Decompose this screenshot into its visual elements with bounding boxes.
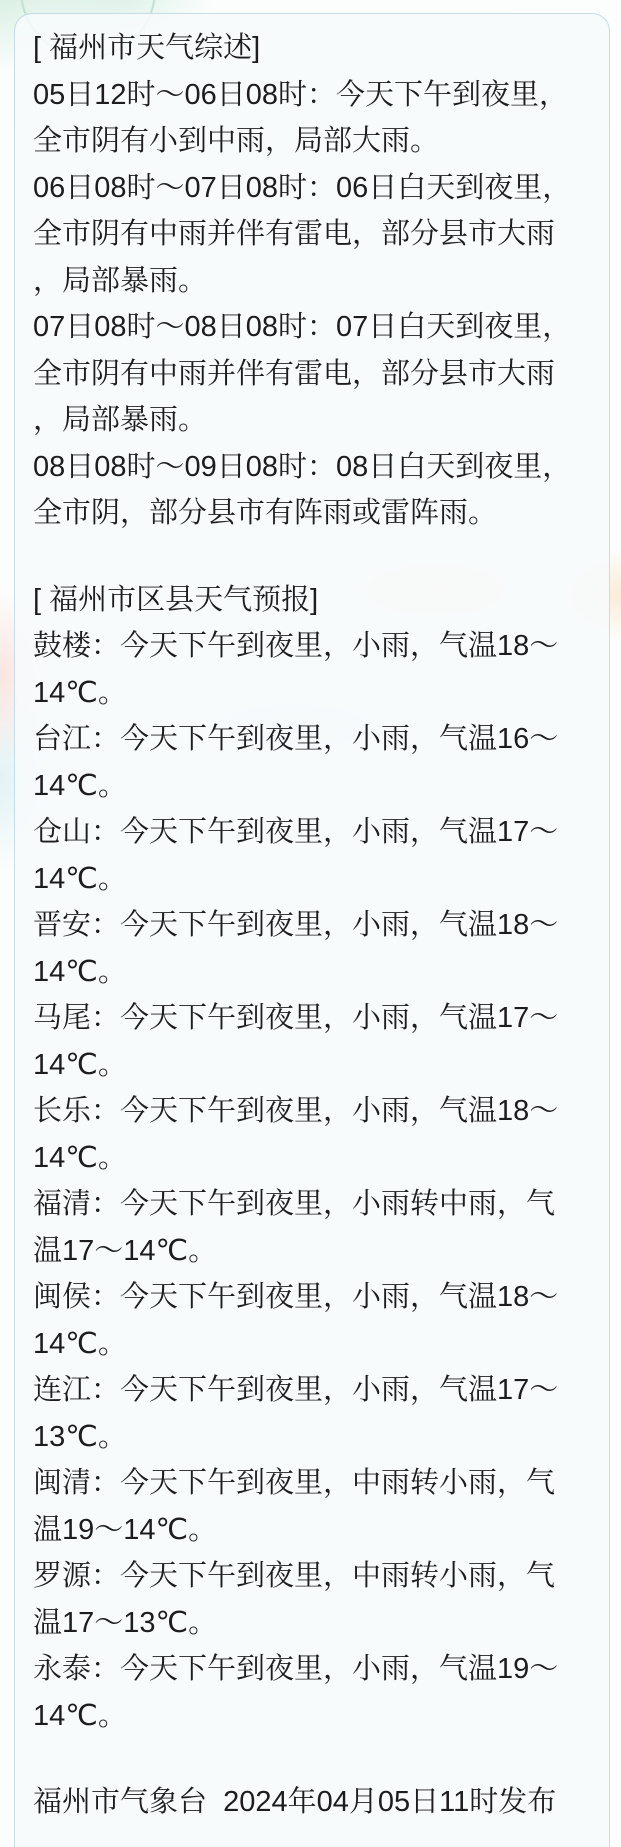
summary-line: 07日08时～08日08时：07日白天到夜里，	[33, 304, 595, 351]
district-line: 仓山：今天下午到夜里，小雨，气温17～	[33, 809, 595, 856]
district-line: 温17～14℃。	[33, 1228, 595, 1275]
section-gap	[33, 1739, 595, 1779]
district-line: 连江：今天下午到夜里，小雨，气温17～	[33, 1367, 595, 1414]
summary-line: 08日08时～09日08时：08日白天到夜里，	[33, 444, 595, 491]
district-line: 14℃。	[33, 856, 595, 903]
summary-line: 全市阴，部分县市有阵雨或雷阵雨。	[33, 490, 595, 537]
summary-line: ，局部暴雨。	[33, 397, 595, 444]
district-line: 温19～14℃。	[33, 1507, 595, 1554]
district-line: 14℃。	[33, 1042, 595, 1089]
summary-line: ，局部暴雨。	[33, 258, 595, 305]
district-line: 14℃。	[33, 670, 595, 717]
district-line: 闽侯：今天下午到夜里，小雨，气温18～	[33, 1274, 595, 1321]
district-lines: 鼓楼：今天下午到夜里，小雨，气温18～14℃。台江：今天下午到夜里，小雨，气温1…	[33, 623, 595, 1739]
district-line: 14℃。	[33, 949, 595, 996]
district-heading: [ 福州市区县天气预报]	[33, 577, 595, 624]
district-line: 罗源：今天下午到夜里，中雨转小雨，气	[33, 1553, 595, 1600]
district-line: 马尾：今天下午到夜里，小雨，气温17～	[33, 995, 595, 1042]
district-line: 闽清：今天下午到夜里，中雨转小雨，气	[33, 1460, 595, 1507]
district-line: 鼓楼：今天下午到夜里，小雨，气温18～	[33, 623, 595, 670]
district-line: 14℃。	[33, 763, 595, 810]
district-line: 14℃。	[33, 1693, 595, 1740]
publish-info: 福州市气象台 2024年04月05日11时发布	[33, 1779, 595, 1826]
summary-line: 06日08时～07日08时：06日白天到夜里，	[33, 165, 595, 212]
district-line: 晋安：今天下午到夜里，小雨，气温18～	[33, 902, 595, 949]
section-gap	[33, 537, 595, 577]
summary-line: 全市阴有中雨并伴有雷电，部分县市大雨	[33, 351, 595, 398]
district-line: 台江：今天下午到夜里，小雨，气温16～	[33, 716, 595, 763]
weather-bulletin-card: [ 福州市天气综述] 05日12时～06日08时：今天下午到夜里，全市阴有小到中…	[14, 13, 610, 1847]
district-line: 长乐：今天下午到夜里，小雨，气温18～	[33, 1088, 595, 1135]
city-summary-section: [ 福州市天气综述] 05日12时～06日08时：今天下午到夜里，全市阴有小到中…	[33, 25, 595, 537]
district-line: 福清：今天下午到夜里，小雨转中雨，气	[33, 1181, 595, 1228]
summary-heading: [ 福州市天气综述]	[33, 25, 595, 72]
district-line: 13℃。	[33, 1414, 595, 1461]
summary-line: 05日12时～06日08时：今天下午到夜里，	[33, 72, 595, 119]
district-line: 14℃。	[33, 1321, 595, 1368]
district-line: 永泰：今天下午到夜里，小雨，气温19～	[33, 1646, 595, 1693]
district-forecast-section: [ 福州市区县天气预报] 鼓楼：今天下午到夜里，小雨，气温18～14℃。台江：今…	[33, 577, 595, 1740]
district-line: 温17～13℃。	[33, 1600, 595, 1647]
summary-lines: 05日12时～06日08时：今天下午到夜里，全市阴有小到中雨，局部大雨。06日0…	[33, 72, 595, 537]
summary-line: 全市阴有中雨并伴有雷电，部分县市大雨	[33, 211, 595, 258]
district-line: 14℃。	[33, 1135, 595, 1182]
summary-line: 全市阴有小到中雨，局部大雨。	[33, 118, 595, 165]
